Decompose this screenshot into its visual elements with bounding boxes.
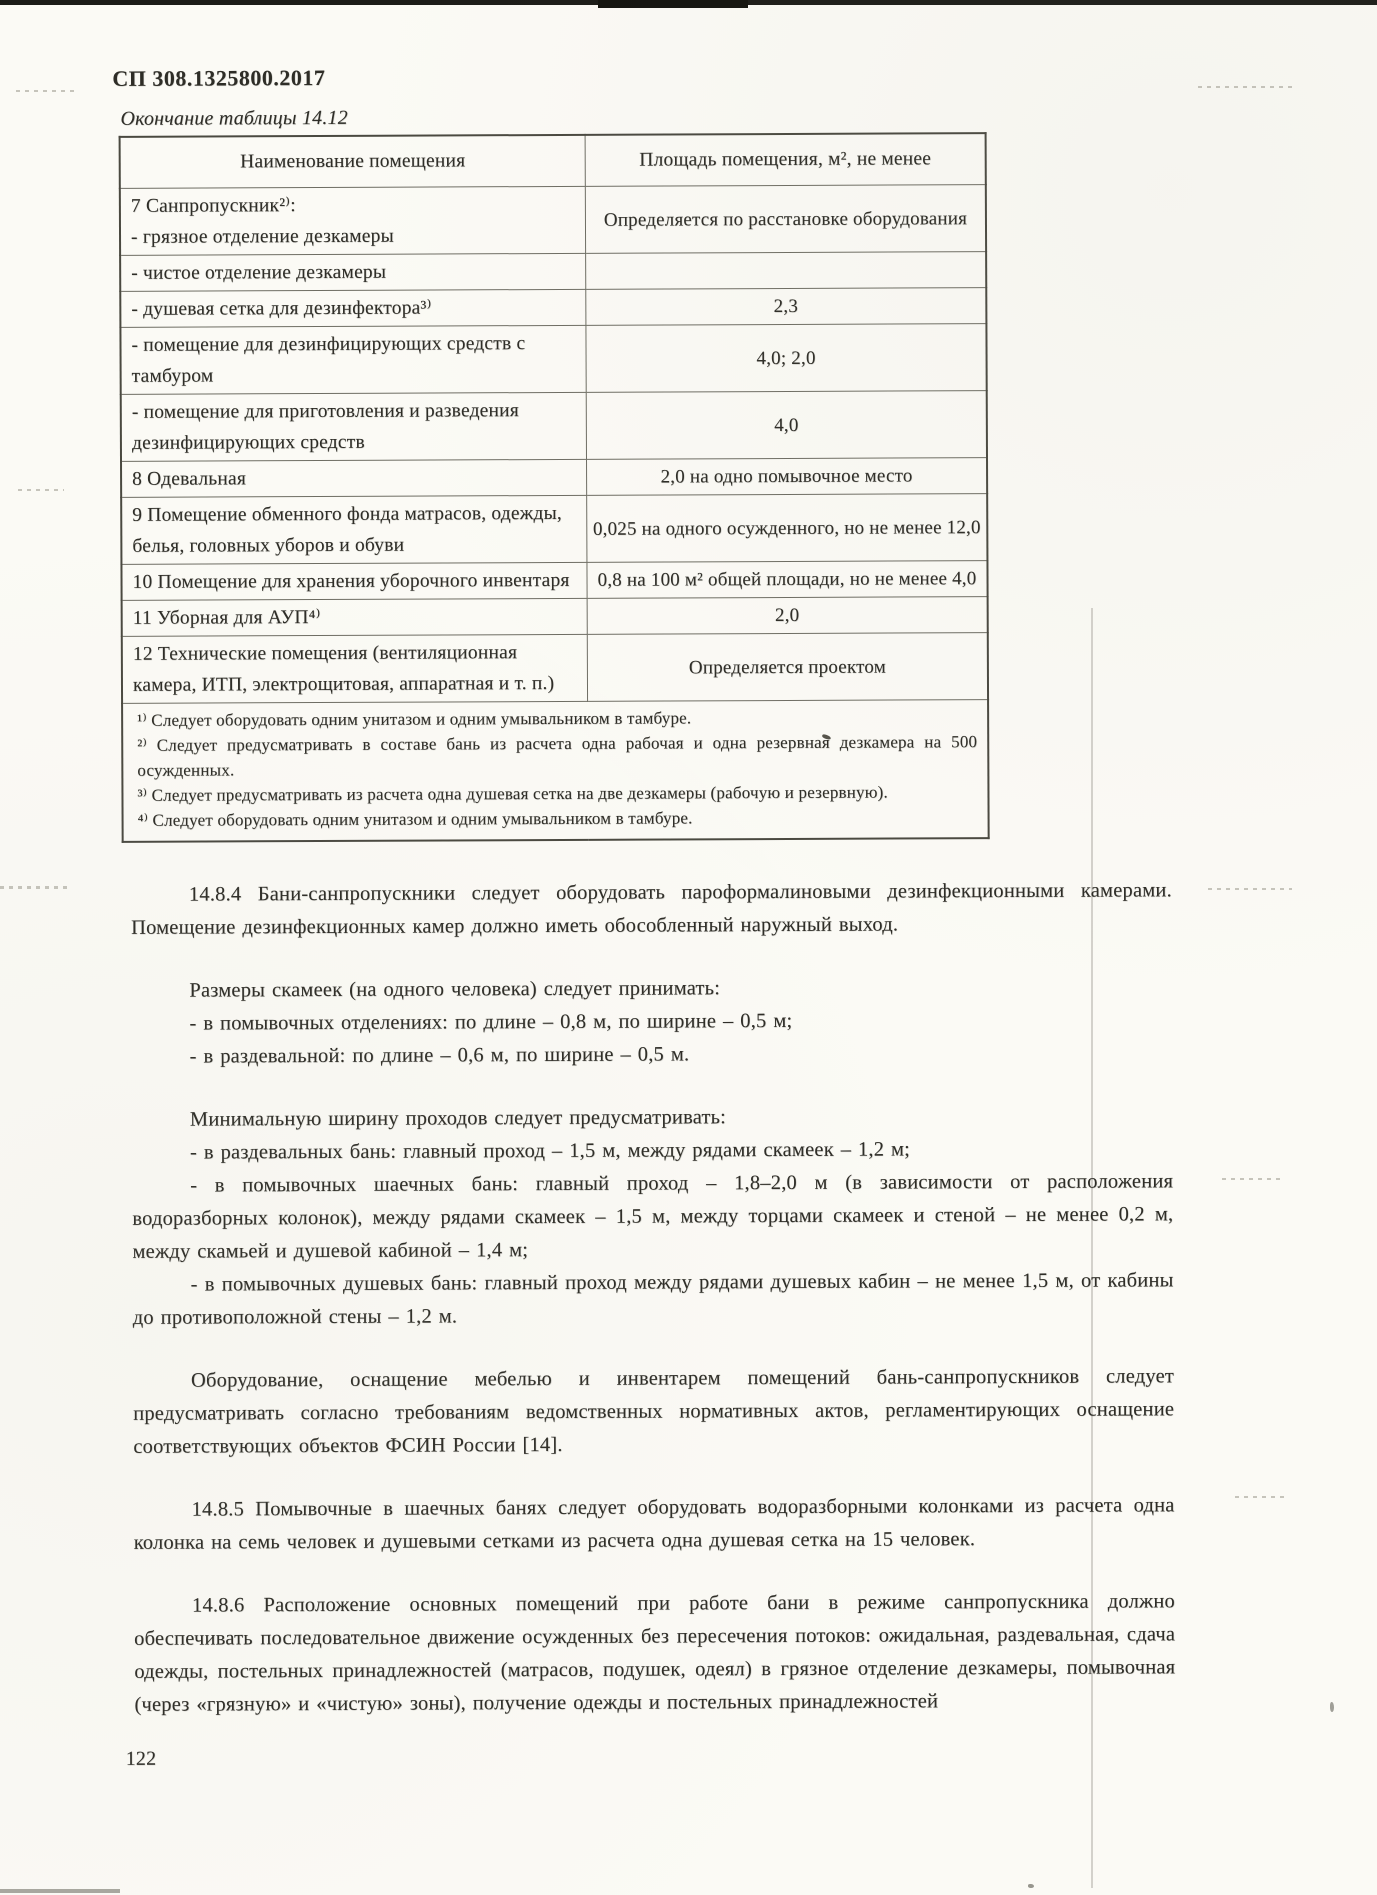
table-row: - помещение для дезинфицирующих средств …: [120, 324, 986, 395]
table-row: 8 Одевальная 2,0 на одно помывочное мест…: [121, 458, 987, 498]
room-area-cell: Определяется проектом: [587, 633, 988, 702]
room-name-cell: 11 Уборная для АУП⁴⁾: [122, 598, 588, 636]
table-footnotes: ¹⁾ Следует оборудовать одним унитазом и …: [122, 700, 989, 842]
paragraph-14-8-5: 14.8.5 Помывочные в шаечных банях следуе…: [134, 1489, 1175, 1560]
footnote: ²⁾ Следует предусматривать в составе бан…: [137, 729, 977, 783]
bench-size-item: - в помывочных отделениях: по длине – 0,…: [131, 1003, 1172, 1041]
room-area-cell: Определяется по расстановке оборудования: [585, 185, 986, 254]
page-number: 122: [126, 1742, 1377, 1770]
col-header-room-area: Площадь помещения, м², не менее: [585, 133, 986, 186]
table-row: - помещение для приготовления и разведен…: [121, 391, 987, 462]
footnote: ¹⁾ Следует оборудовать одним унитазом и …: [137, 704, 977, 733]
table-row: 9 Помещение обменного фонда матрасов, од…: [121, 494, 987, 565]
room-name-cell: - помещение для дезинфицирующих средств …: [120, 325, 586, 394]
aisle-width-item: - в помывочных шаечных бань: главный про…: [132, 1165, 1173, 1269]
room-name-cell: 7 Санпропускник²⁾: - грязное отделение д…: [120, 186, 586, 255]
body-text: 14.8.4 Бани-санпропускники следует обору…: [131, 874, 1176, 1722]
room-name-cell: - помещение для приготовления и разведен…: [121, 392, 587, 461]
document-code: СП 308.1325800.2017: [112, 60, 1377, 92]
bench-sizes-intro: Размеры скамеек (на одного человека) сле…: [131, 970, 1172, 1008]
aisle-width-item: - в помывочных душевых бань: главный про…: [133, 1264, 1174, 1335]
room-name-cell: - душевая сетка для дезинфектора³⁾: [120, 289, 586, 327]
room-name-cell: 10 Помещение для хранения уборочного инв…: [121, 562, 587, 600]
footnote: ³⁾ Следует предусматривать из расчета од…: [137, 779, 977, 808]
table-row: 12 Технические помещения (вентиляционная…: [122, 633, 988, 704]
room-area-cell: 2,0: [587, 597, 988, 635]
paragraph-equipment: Оборудование, оснащение мебелью и инвент…: [133, 1360, 1174, 1464]
table-row: - душевая сетка для дезинфектора³⁾ 2,3: [120, 288, 986, 328]
room-area-cell: 4,0: [586, 391, 987, 460]
table-row: 7 Санпропускник²⁾: - грязное отделение д…: [120, 185, 986, 256]
aisle-width-item: - в раздевальных бань: главный проход – …: [132, 1132, 1173, 1170]
room-name-cell: 12 Технические помещения (вентиляционная…: [122, 634, 588, 703]
room-area-cell: 0,8 на 100 м² общей площади, но не менее…: [587, 561, 988, 599]
room-name-cell: 8 Одевальная: [121, 459, 587, 497]
table-header-row: Наименование помещения Площадь помещения…: [120, 133, 986, 188]
room-area-cell: 4,0; 2,0: [586, 324, 987, 393]
paragraph-14-8-4: 14.8.4 Бани-санпропускники следует обору…: [131, 874, 1172, 945]
paragraph-14-8-6: 14.8.6 Расположение основных помещений п…: [134, 1585, 1176, 1722]
bench-size-item: - в раздевальной: по длине – 0,6 м, по ш…: [132, 1036, 1173, 1074]
room-area-cell: 0,025 на одного осужденного, но не менее…: [587, 494, 988, 563]
room-name-cell: - чистое отделение дезкамеры: [120, 253, 586, 291]
room-area-cell: 2,0 на одно помывочное место: [587, 458, 988, 496]
table-row: 10 Помещение для хранения уборочного инв…: [121, 561, 987, 601]
scanned-page: СП 308.1325800.2017 Окончание таблицы 14…: [0, 0, 1377, 1771]
table-row: - чистое отделение дезкамеры: [120, 252, 986, 292]
table-footnotes-row: ¹⁾ Следует оборудовать одним унитазом и …: [122, 700, 989, 842]
scan-edge-bottom: [0, 1889, 120, 1893]
room-area-cell: 2,3: [586, 288, 987, 326]
col-header-room-name: Наименование помещения: [120, 135, 586, 189]
aisle-width-intro: Минимальную ширину проходов следует пред…: [132, 1099, 1173, 1137]
table-caption: Окончание таблицы 14.12: [120, 102, 1377, 130]
table-row: 11 Уборная для АУП⁴⁾ 2,0: [122, 597, 988, 637]
room-name-cell: 9 Помещение обменного фонда матрасов, од…: [121, 495, 587, 564]
ink-speck: [1028, 1884, 1034, 1888]
footnote: ⁴⁾ Следует оборудовать одним унитазом и …: [138, 804, 978, 833]
room-area-cell: [586, 252, 987, 290]
rooms-area-table: Наименование помещения Площадь помещения…: [119, 132, 990, 843]
